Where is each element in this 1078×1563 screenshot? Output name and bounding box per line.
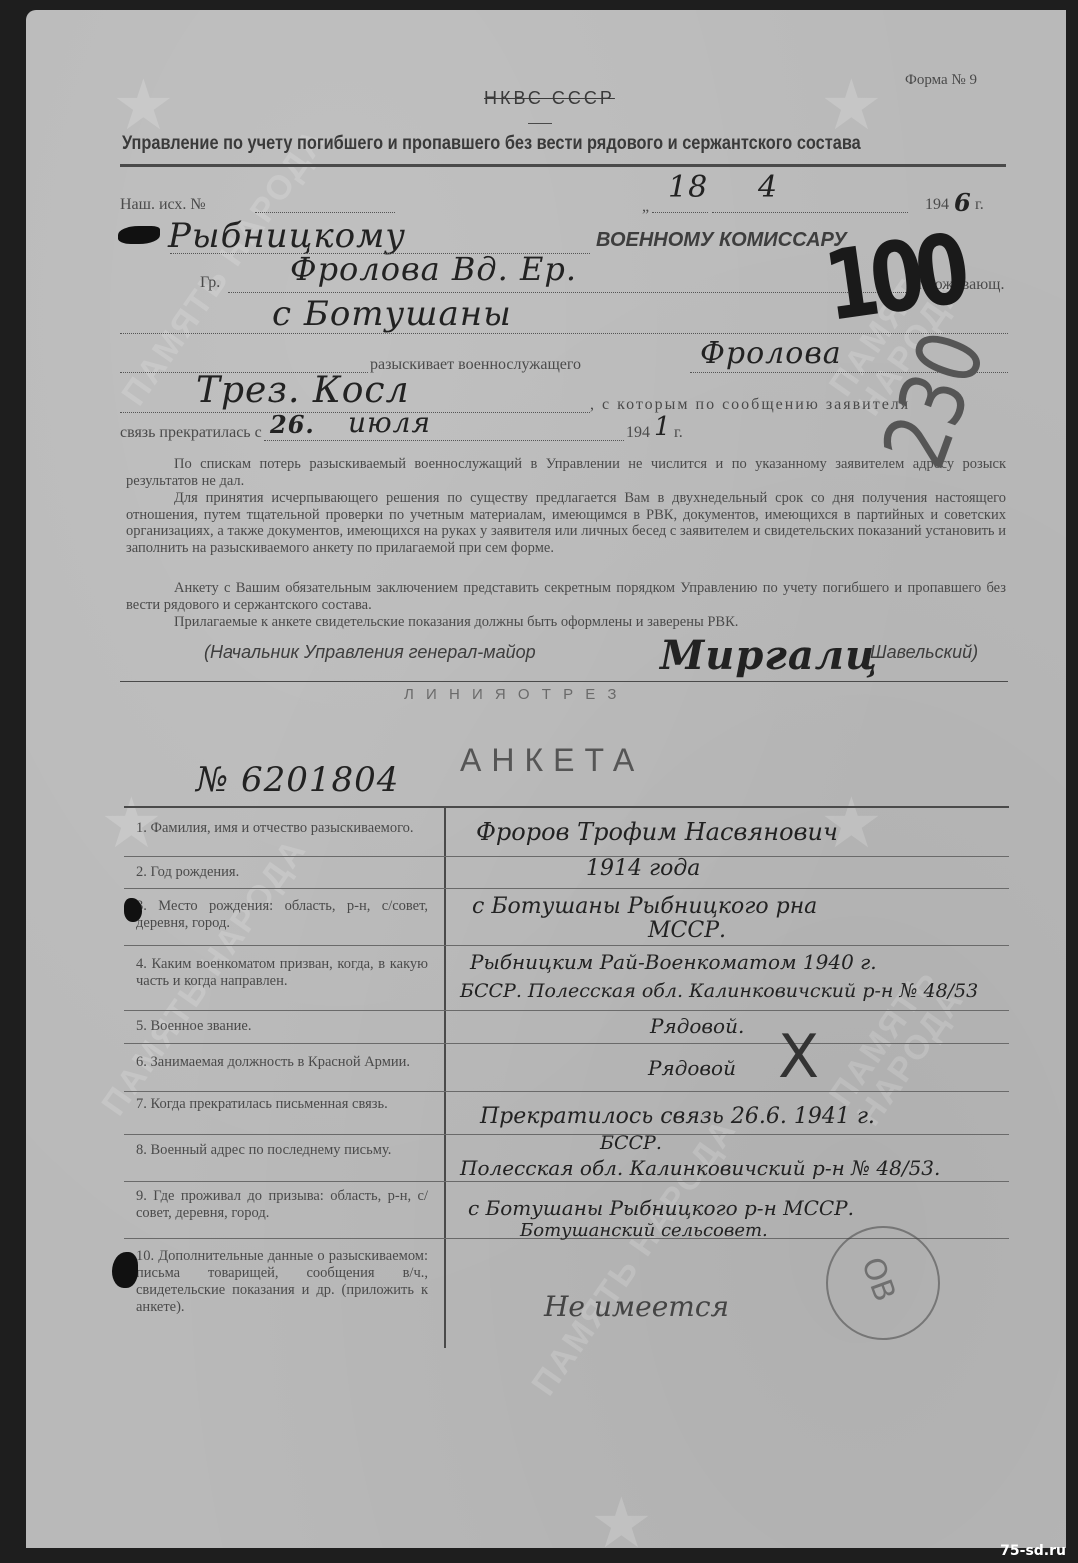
table-top-rule: [124, 806, 1009, 808]
table-row-question: 5. Военное звание.: [136, 1018, 428, 1035]
table-row-rule: [124, 945, 1009, 946]
star-watermark-icon: ★: [112, 72, 175, 142]
table-row-rule: [124, 1181, 1009, 1182]
cut-line-label: Л И Н И Я О Т Р Е З: [404, 686, 620, 703]
table-row-answer: 1914 года: [586, 856, 700, 881]
table-row-question: 8. Военный адрес по последнему письму.: [136, 1142, 428, 1159]
table-row-answer: Не имеется: [544, 1290, 729, 1323]
lost-contact-month: июля: [348, 406, 431, 439]
x-mark: X: [778, 1022, 819, 1092]
table-row-answer: Рядовой: [648, 1056, 736, 1080]
table-row-answer: МССР.: [648, 918, 726, 943]
stamp-text: ОВ: [854, 1253, 902, 1307]
lost-contact-year-prefix: 194: [626, 424, 650, 442]
department-title: Управление по учету погибшего и пропавше…: [122, 133, 861, 155]
paper-hole: [118, 226, 160, 244]
date-day-field: [652, 212, 708, 213]
lost-contact-year-end: г.: [674, 424, 683, 442]
table-row-rule: [124, 1010, 1009, 1011]
table-row-rule: [124, 1091, 1009, 1092]
soldier-surname: Фролова: [700, 336, 842, 371]
table-row-question: 7. Когда прекратилась письменная связь.: [136, 1096, 428, 1113]
table-row-question: 1. Фамилия, имя и отчество разыскиваемог…: [136, 820, 428, 837]
lost-contact-date-field: [264, 440, 624, 441]
signature-name: Шавельский): [870, 642, 978, 663]
table-row-rule: [124, 1134, 1009, 1135]
table-row-question: 3. Место рождения: область, р-н, с/совет…: [136, 898, 428, 932]
table-row-question: 6. Занимаемая должность в Красной Армии.: [136, 1054, 428, 1071]
residence-value: с Ботушаны: [272, 294, 512, 334]
agency-title: НКВС СССР: [484, 88, 615, 109]
lost-contact-label: связь прекратилась с: [120, 424, 262, 442]
table-row-rule: [124, 1043, 1009, 1044]
table-row-answer: Прекратилось связь 26.6. 1941 г.: [480, 1104, 875, 1129]
star-watermark-icon: ★: [590, 1490, 653, 1560]
signature-scribble: Миргалц: [660, 632, 878, 679]
table-row-answer: с Ботушаны Рыбницкого р-н МССР.: [468, 1196, 854, 1220]
citizen-field: [228, 292, 908, 293]
lost-contact-day: 26.: [270, 410, 315, 439]
table-row-answer: Рядовой.: [650, 1014, 744, 1038]
questionnaire-number: № 6201804: [196, 760, 399, 800]
body-paragraph-1: По спискам потерь разыскиваемый военносл…: [126, 456, 1006, 489]
body-paragraph-3: Анкету с Вашим обязательным заключением …: [126, 580, 1006, 613]
table-row-question: 2. Год рождения.: [136, 864, 428, 881]
date-year-prefix: 194: [925, 196, 949, 214]
table-row-answer: БССР. Полесская обл. Калинковичский р-н …: [460, 980, 978, 1002]
body-paragraph-4: Прилагаемые к анкете свидетельские показ…: [126, 614, 1006, 631]
outgoing-number-label: Наш. исх. №: [120, 196, 206, 214]
date-month-field: [712, 212, 908, 213]
round-stamp: ОВ: [826, 1226, 940, 1340]
addressee-printed: ВОЕННОМУ КОМИССАРУ: [596, 229, 847, 252]
table-row-answer: Рыбницким Рай-Военкоматом 1940 г.: [470, 950, 877, 974]
lost-contact-year-suffix: 1: [654, 412, 672, 442]
contact-label: , с которым по сообщению заявителя: [590, 396, 910, 414]
site-watermark: 75-sd.ru: [1000, 1543, 1066, 1559]
cut-rule: [120, 681, 1008, 682]
citizen-value: Фролова Вд. Ер.: [290, 250, 577, 288]
date-month: 4: [758, 170, 778, 205]
table-row-question: 9. Где проживал до призыва: область, р-н…: [136, 1188, 428, 1222]
body-paragraph-2: Для принятия исчерпывающего решения по с…: [126, 490, 1006, 556]
questionnaire-title: АНКЕТА: [460, 742, 644, 779]
soldier-name-value: Трез. Косл: [196, 370, 410, 411]
signature-title: (Начальник Управления генерал-майор: [204, 642, 536, 663]
date-year-end: г.: [975, 196, 984, 214]
header-rule: [120, 164, 1006, 167]
table-row-answer: Ботушанский сельсовет.: [520, 1220, 768, 1241]
paper-hole: [124, 898, 142, 922]
form-number: Форма № 9: [905, 72, 977, 89]
star-watermark-icon: ★: [820, 72, 883, 142]
citizen-label: Гр.: [200, 274, 220, 292]
title-divider: [528, 123, 552, 124]
table-row-answer: с Ботушаны Рыбницкого рна: [472, 894, 817, 919]
date-day: 18: [668, 170, 708, 205]
outgoing-number-field: [255, 212, 395, 213]
table-row-question: 10. Дополнительные данные о разыскиваемо…: [136, 1248, 428, 1316]
table-row-answer: Полесская обл. Калинковичский р-н № 48/5…: [460, 1156, 940, 1180]
date-open-quote: „: [642, 198, 649, 216]
table-row-rule: [124, 856, 1009, 857]
annotation-number-100: 100: [818, 213, 969, 343]
table-row-question: 4. Каким военкоматом призван, когда, в к…: [136, 956, 428, 990]
date-year-suffix: 6: [954, 188, 972, 217]
paper-hole: [112, 1252, 138, 1288]
table-row-answer: БССР.: [600, 1132, 662, 1154]
table-row-rule: [124, 888, 1009, 889]
table-row-answer: Фроров Трофим Насвянович: [476, 818, 838, 846]
